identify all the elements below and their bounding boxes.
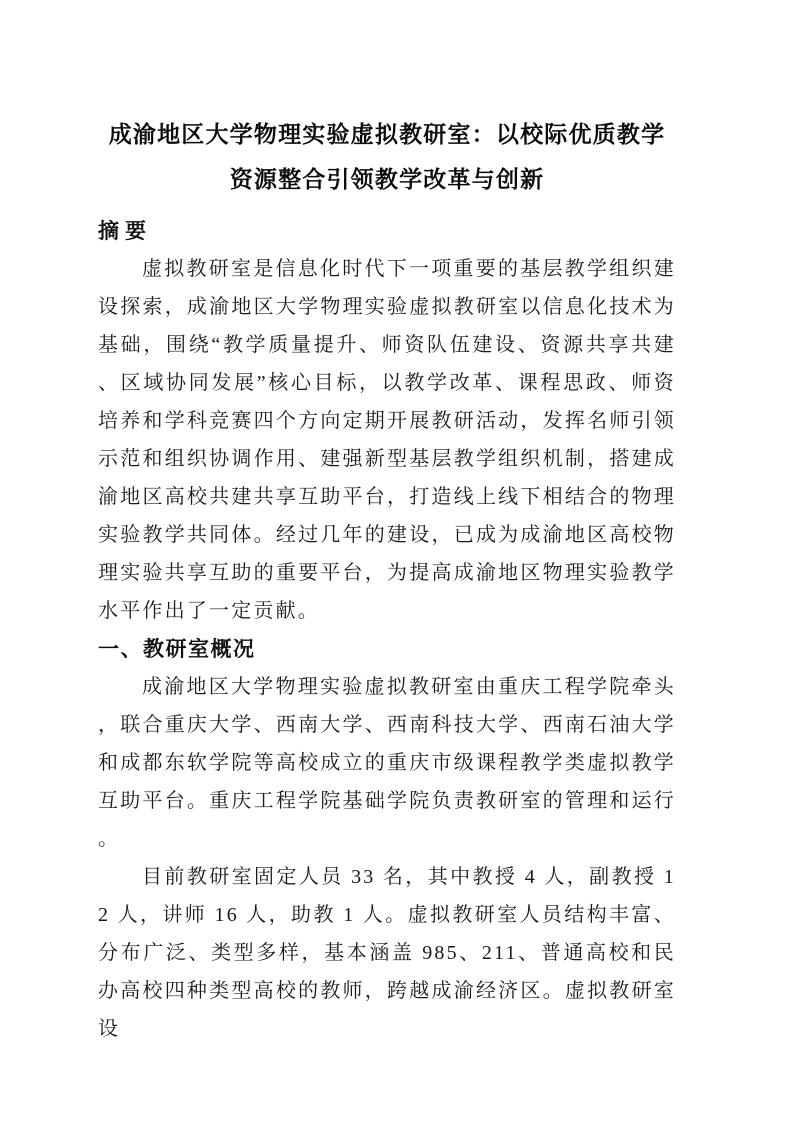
- document-page: 成渝地区大学物理实验虚拟教研室：以校际优质教学资源整合引领教学改革与创新 摘要 …: [0, 0, 793, 1122]
- abstract-paragraph: 虚拟教研室是信息化时代下一项重要的基层教学组织建设探索，成渝地区大学物理实验虚拟…: [98, 250, 676, 630]
- abstract-heading: 摘要: [98, 212, 676, 250]
- section-1-paragraph-2: 目前教研室固定人员 33 名，其中教授 4 人，副教授 12 人，讲师 16 人…: [98, 858, 676, 1048]
- section-1-paragraph-1: 成渝地区大学物理实验虚拟教研室由重庆工程学院牵头，联合重庆大学、西南大学、西南科…: [98, 668, 676, 858]
- section-1-heading: 一、教研室概况: [98, 630, 676, 668]
- document-title: 成渝地区大学物理实验虚拟教研室：以校际优质教学资源整合引领教学改革与创新: [98, 112, 676, 202]
